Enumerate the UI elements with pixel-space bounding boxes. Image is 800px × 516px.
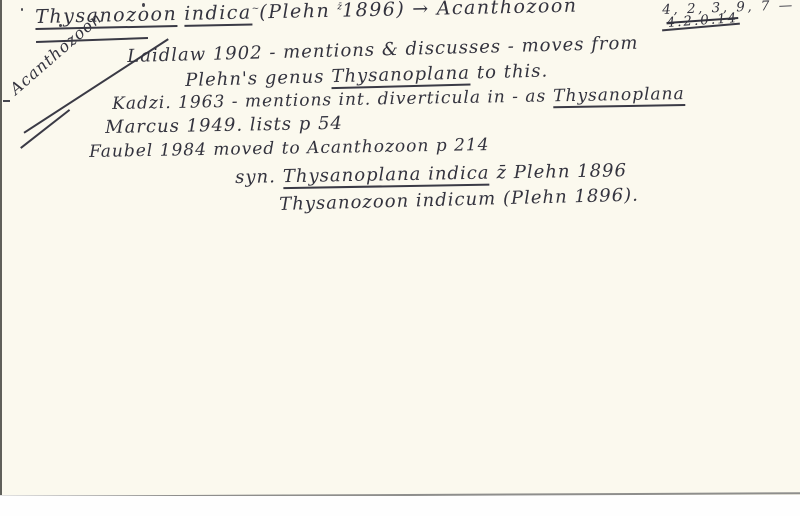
note-line-marcus: Marcus 1949. lists p 54: [105, 113, 343, 138]
genus-name-underlined: Thysanoplana: [331, 63, 470, 90]
index-card: 4, 2, 3, 9, 7 — 4.2.0.14 Acanthozoon Thy…: [0, 0, 800, 495]
citation-year: 1896): [342, 0, 406, 22]
note-line-synonym-1: syn.Thysanoplana indicaz̄ Plehn 1896: [235, 160, 627, 188]
species-name: indica: [184, 1, 252, 26]
right-arrow-glyph: →: [412, 0, 430, 20]
ink-speck: [3, 100, 10, 102]
double-underline-stroke: [36, 37, 148, 43]
note-line-synonym-2: Thysanozoon indicum (Plehn 1896).: [279, 185, 639, 215]
author-citation: (Plehn: [259, 0, 330, 23]
genus-name: Thysanozoon: [35, 3, 178, 30]
genus-name-underlined: Thysanoplana: [553, 84, 685, 108]
ink-speck: [21, 8, 23, 11]
new-genus-name: Acanthozoon: [436, 0, 577, 20]
synonym-name-underlined: Thysanoplana indica: [283, 163, 490, 190]
scanner-background: [0, 496, 800, 516]
note-line-title: Thysanozoonindica~(Plehnz̄1896)→Acanthoz…: [35, 0, 578, 28]
note-line-laidlaw: Laidlaw 1902 - mentions & discusses - mo…: [127, 33, 639, 67]
note-line-faubel: Faubel 1984 moved to Acanthozoon p 214: [89, 135, 490, 162]
